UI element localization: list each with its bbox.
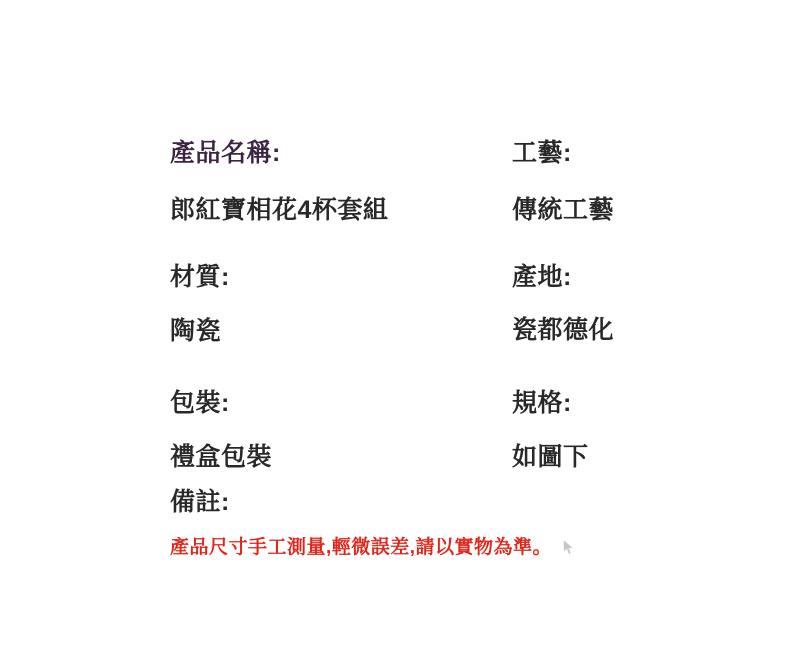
spec-label: 規格: bbox=[512, 391, 572, 416]
remark-label: 備註: bbox=[170, 490, 230, 515]
product-name-value: 郎紅寶相花4杯套組 bbox=[170, 198, 388, 223]
craft-label: 工藝: bbox=[512, 141, 572, 166]
product-name-label: 產品名稱: bbox=[170, 141, 281, 166]
mouse-cursor-icon bbox=[562, 539, 575, 557]
material-value: 陶瓷 bbox=[170, 319, 221, 344]
origin-label: 產地: bbox=[512, 265, 572, 290]
craft-value: 傳統工藝 bbox=[512, 198, 614, 223]
remark-note: 產品尺寸手工測量,輕微誤差,請以實物為準。 bbox=[170, 538, 552, 557]
packaging-value: 禮盒包裝 bbox=[170, 445, 272, 470]
product-spec-sheet: 產品名稱: 郎紅寶相花4杯套組 工藝: 傳統工藝 材質: 陶瓷 產地: 瓷都德化… bbox=[0, 0, 790, 660]
spec-value: 如圖下 bbox=[512, 445, 589, 470]
material-label: 材質: bbox=[170, 265, 230, 290]
packaging-label: 包裝: bbox=[170, 391, 230, 416]
origin-value: 瓷都德化 bbox=[512, 318, 614, 343]
